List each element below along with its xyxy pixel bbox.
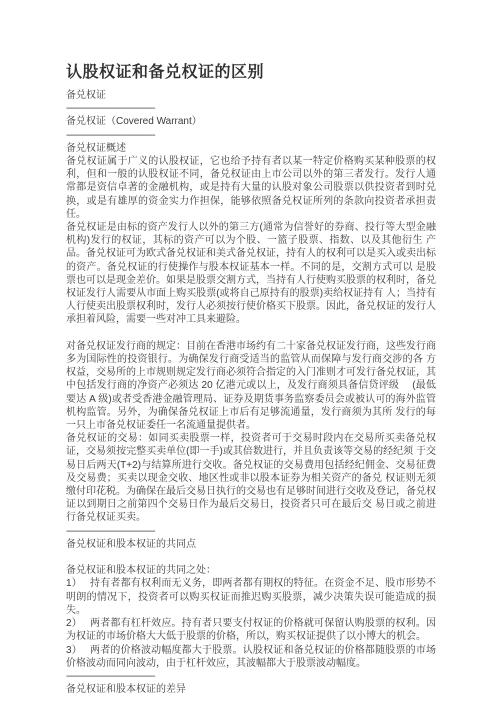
divider-line: -------------------------------------- [66, 670, 436, 683]
document-page: 认股权证和备兑权证的区别 备兑权证 ----------------------… [0, 0, 500, 708]
paragraph-overview-1: 备兑权证属于广义的认股权证，它也给予持有者以某一特定价格购买某种股票的权利，但和… [66, 155, 436, 221]
similarities-intro: 备兑权证和股本权证的共同之处： [66, 564, 436, 577]
label-covered-warrant-full: 备兑权证（Covered Warrant） [66, 115, 436, 128]
divider-line: -------------------------------------- [66, 102, 436, 115]
paragraph-trading: 备兑权证的交易：如同买卖股票一样，投资者可于交易时段内在交易所买卖备兑权证，交易… [66, 432, 436, 524]
list-item-similarity-3: 3） 两者的价格波动幅度都大于股票。认股权证和备兑权证的价格都随股票的市场价格波… [66, 644, 436, 670]
section-heading-similarities: 备兑权证和股本权证的共同点 [66, 538, 436, 551]
divider-line: -------------------------------------- [66, 525, 436, 538]
section-heading-overview: 备兑权证概述 [66, 142, 436, 155]
list-item-similarity-2: 2） 两者都有杠杆效应。持有者只要支付权证的价格就可保留认购股票的权利。因为权证… [66, 617, 436, 643]
document-title: 认股权证和备兑权证的区别 [66, 62, 436, 83]
paragraph-overview-2: 备兑权证是由标的资产发行人以外的第三方(通常为信誉好的券商、投行等大型金融机构)… [66, 221, 436, 327]
label-covered-warrant-cn: 备兑权证 [66, 89, 436, 102]
paragraph-issuer-rules: 对备兑权证发行商的规定：目前在香港市场约有二十家备兑权证发行商，这些发行商多为国… [66, 340, 436, 432]
divider-line: -------------------------------------- [66, 129, 436, 142]
list-item-similarity-1: 1） 持有者都有权利而无义务，即两者都有期权的特征。在资金不足、股市形势不明朗的… [66, 577, 436, 617]
section-heading-differences: 备兑权证和股本权证的差异 [66, 683, 436, 696]
